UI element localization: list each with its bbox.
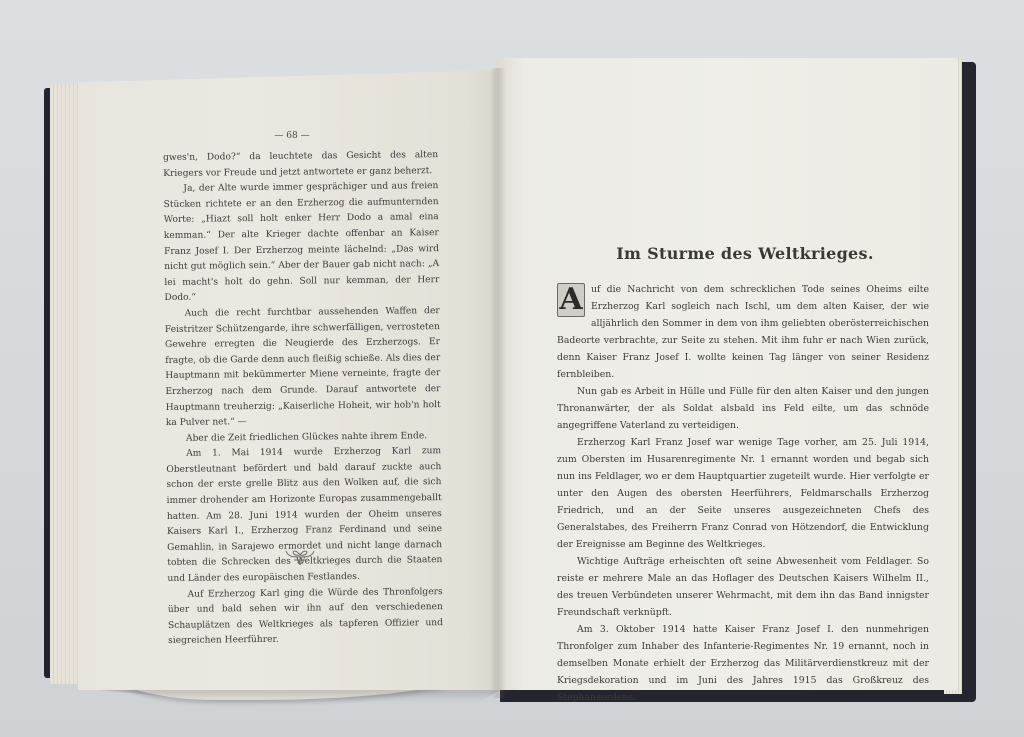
- paragraph-text: uf die Nachricht von dem schrecklichen T…: [557, 284, 929, 380]
- paragraph: Auch die recht furchtbar aussehenden Waf…: [165, 304, 441, 432]
- paragraph: Wichtige Aufträge erheischten oft seine …: [557, 553, 929, 621]
- paragraph: gwes'n, Dodo?“ da leuchtete das Gesicht …: [163, 148, 438, 182]
- chapter-title: Im Sturme des Weltkrieges.: [560, 244, 930, 263]
- drop-cap: A: [557, 283, 585, 317]
- paragraph: Erzherzog Karl Franz Josef war wenige Ta…: [557, 434, 929, 553]
- left-page-text: gwes'n, Dodo?“ da leuchtete das Gesicht …: [163, 148, 443, 650]
- paragraph: Auf Erzherzog Karl ging die Würde des Th…: [168, 585, 444, 650]
- paragraph: Am 3. Oktober 1914 hatte Kaiser Franz Jo…: [557, 621, 929, 706]
- paragraph: Nun gab es Arbeit in Hülle und Fülle für…: [557, 383, 929, 434]
- paragraph: Auf die Nachricht von dem schrecklichen …: [557, 281, 929, 383]
- book-gutter: [490, 68, 506, 698]
- paragraph: Ja, der Alte wurde immer gesprächiger un…: [163, 179, 439, 307]
- page-number: — 68 —: [262, 131, 322, 141]
- floral-heart-ornament-icon: [282, 543, 318, 569]
- open-book: — 68 — gwes'n, Dodo?“ da leuchtete das G…: [0, 0, 1024, 737]
- right-page-text: Auf die Nachricht von dem schrecklichen …: [557, 281, 929, 706]
